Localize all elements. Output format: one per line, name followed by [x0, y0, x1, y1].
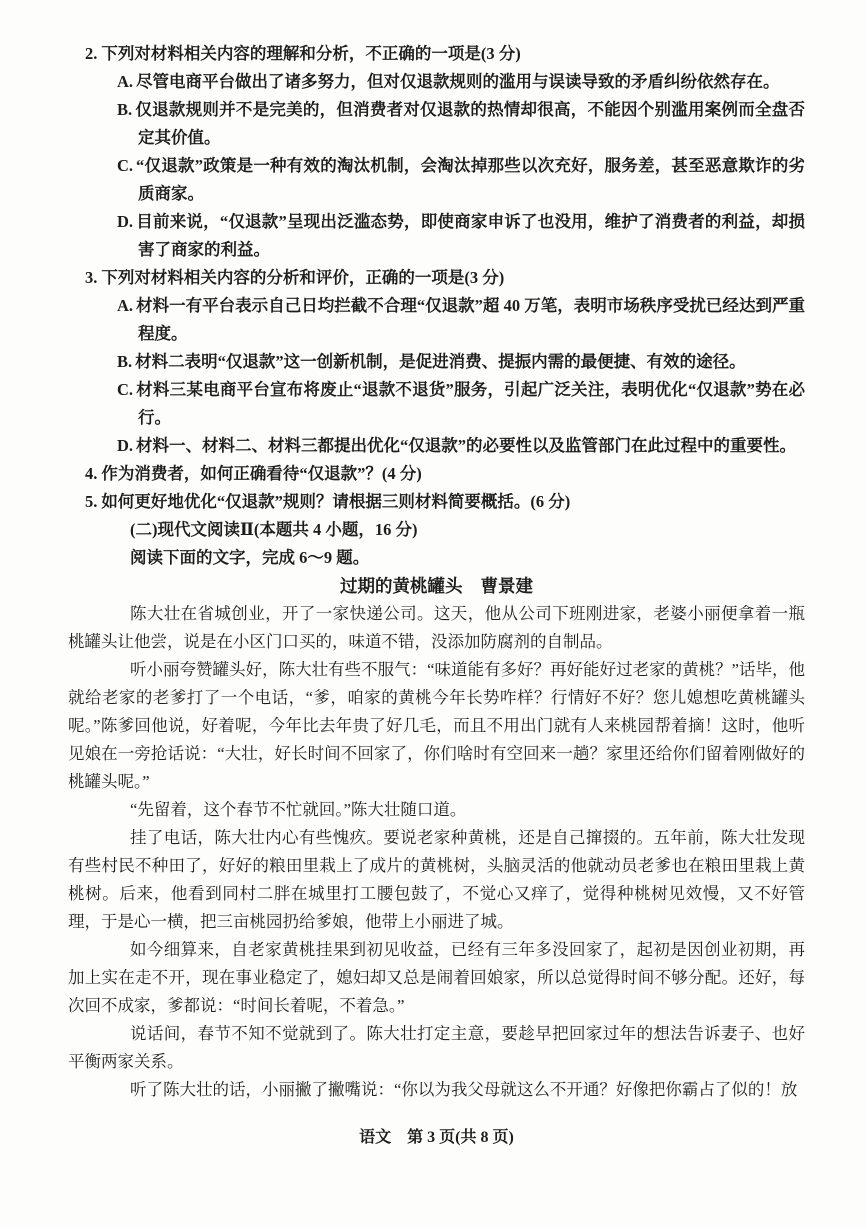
question-4-stem: 4.作为消费者，如何正确看待“仅退款”？(4 分): [68, 460, 805, 488]
question-3: 3.下列对材料相关内容的分析和评价，正确的一项是(3 分) A.材料一有平台表示…: [68, 264, 805, 460]
story-paragraph: 说话间，春节不知不觉就到了。陈大壮打定主意，要趁早把回家过年的想法告诉妻子、也好…: [68, 1020, 805, 1076]
question-2: 2.下列对材料相关内容的理解和分析，不正确的一项是(3 分) A.尽管电商平台做…: [68, 40, 805, 264]
question-3-option-b: B.材料二表明“仅退款”这一创新机制，是促进消费、提振内需的最便捷、有效的途径。: [138, 348, 805, 376]
question-2-option-a: A.尽管电商平台做出了诸多努力，但对仅退款规则的滥用与误读导致的矛盾纠纷依然存在…: [138, 68, 805, 96]
story-title-line: 过期的黄桃罐头曹景建: [68, 572, 805, 600]
question-2-option-c-label: C.: [117, 156, 133, 175]
section-heading: (二)现代文阅读Ⅱ(本题共 4 小题，16 分): [130, 516, 805, 544]
question-2-option-c: C.“仅退款”政策是一种有效的淘汰机制，会淘汰掉那些以次充好，服务差，甚至恶意欺…: [138, 152, 805, 208]
question-3-option-b-label: B.: [117, 352, 132, 371]
reading-instruction: 阅读下面的文字，完成 6～9 题。: [130, 544, 805, 572]
question-2-number: 2.: [85, 44, 97, 63]
question-2-option-b-text: 仅退款规则并不是完美的，但消费者对仅退款的热情却很高，不能因个别滥用案例而全盘否…: [135, 100, 805, 147]
story-author: 曹景建: [481, 576, 534, 596]
question-3-option-c-text: 材料三某电商平台宣布将废止“退款不退货”服务，引起广泛关注，表明优化“仅退款”势…: [136, 380, 805, 427]
question-5-stem: 5.如何更好地优化“仅退款”规则？请根据三则材料简要概括。(6 分): [68, 488, 805, 516]
question-5-number: 5.: [85, 492, 97, 511]
question-3-option-d-label: D.: [117, 436, 133, 455]
exam-page: 2.下列对材料相关内容的理解和分析，不正确的一项是(3 分) A.尽管电商平台做…: [0, 0, 867, 1228]
question-4-number: 4.: [85, 464, 97, 483]
question-2-option-d: D.目前来说，“仅退款”呈现出泛滥态势，即使商家申诉了也没用，维护了消费者的利益…: [138, 208, 805, 264]
question-3-number: 3.: [85, 268, 97, 287]
question-2-stem-text: 下列对材料相关内容的理解和分析，不正确的一项是(3 分): [101, 44, 520, 63]
story-paragraph: 挂了电话，陈大壮内心有些愧疚。要说老家种黄桃，还是自己撺掇的。五年前，陈大壮发现…: [68, 824, 805, 936]
story-paragraph: “先留着，这个春节不忙就回。”陈大壮随口道。: [68, 796, 805, 824]
question-2-option-d-text: 目前来说，“仅退款”呈现出泛滥态势，即使商家申诉了也没用，维护了消费者的利益，却…: [136, 212, 805, 259]
question-3-stem: 3.下列对材料相关内容的分析和评价，正确的一项是(3 分): [68, 264, 805, 292]
question-2-option-a-text: 尽管电商平台做出了诸多努力，但对仅退款规则的滥用与误读导致的矛盾纠纷依然存在。: [136, 72, 780, 91]
question-2-option-a-label: A.: [117, 72, 133, 91]
question-3-stem-text: 下列对材料相关内容的分析和评价，正确的一项是(3 分): [101, 268, 504, 287]
question-2-option-b: B.仅退款规则并不是完美的，但消费者对仅退款的热情却很高，不能因个别滥用案例而全…: [138, 96, 805, 152]
page-footer: 语文第 3 页(共 8 页): [68, 1126, 805, 1150]
question-3-option-d-text: 材料一、材料二、材料三都提出优化“仅退款”的必要性以及监管部门在此过程中的重要性…: [136, 436, 796, 455]
question-2-option-c-text: “仅退款”政策是一种有效的淘汰机制，会淘汰掉那些以次充好，服务差，甚至恶意欺诈的…: [136, 156, 805, 203]
story-paragraph: 陈大壮在省城创业，开了一家快递公司。这天，他从公司下班刚进家，老婆小丽便拿着一瓶…: [68, 600, 805, 656]
question-3-option-b-text: 材料二表明“仅退款”这一创新机制，是促进消费、提振内需的最便捷、有效的途径。: [135, 352, 746, 371]
question-5-stem-text: 如何更好地优化“仅退款”规则？请根据三则材料简要概括。(6 分): [101, 492, 570, 511]
footer-subject: 语文: [359, 1129, 391, 1146]
question-3-option-c: C.材料三某电商平台宣布将废止“退款不退货”服务，引起广泛关注，表明优化“仅退款…: [138, 376, 805, 432]
question-2-option-d-label: D.: [117, 212, 133, 231]
question-3-option-a-label: A.: [117, 296, 133, 315]
footer-page-info: 第 3 页(共 8 页): [407, 1129, 514, 1146]
question-3-option-d: D.材料一、材料二、材料三都提出优化“仅退款”的必要性以及监管部门在此过程中的重…: [138, 432, 805, 460]
question-4-stem-text: 作为消费者，如何正确看待“仅退款”？(4 分): [101, 464, 421, 483]
question-3-option-a: A.材料一有平台表示自己日均拦截不合理“仅退款”超 40 万笔，表明市场秩序受扰…: [138, 292, 805, 348]
story-paragraph: 听小丽夸赞罐头好，陈大壮有些不服气：“味道能有多好？再好能好过老家的黄桃？”话毕…: [68, 656, 805, 796]
story-title: 过期的黄桃罐头: [340, 576, 463, 596]
question-3-option-a-text: 材料一有平台表示自己日均拦截不合理“仅退款”超 40 万笔，表明市场秩序受扰已经…: [136, 296, 805, 343]
question-2-stem: 2.下列对材料相关内容的理解和分析，不正确的一项是(3 分): [68, 40, 805, 68]
story-paragraph: 如今细算来，自老家黄桃挂果到初见收益，已经有三年多没回家了，起初是因创业初期，再…: [68, 936, 805, 1020]
question-2-option-b-label: B.: [117, 100, 132, 119]
question-3-option-c-label: C.: [117, 380, 133, 399]
story-paragraph: 听了陈大壮的话，小丽撇了撇嘴说：“你以为我父母就这么不开通？好像把你霸占了似的！…: [68, 1076, 805, 1104]
